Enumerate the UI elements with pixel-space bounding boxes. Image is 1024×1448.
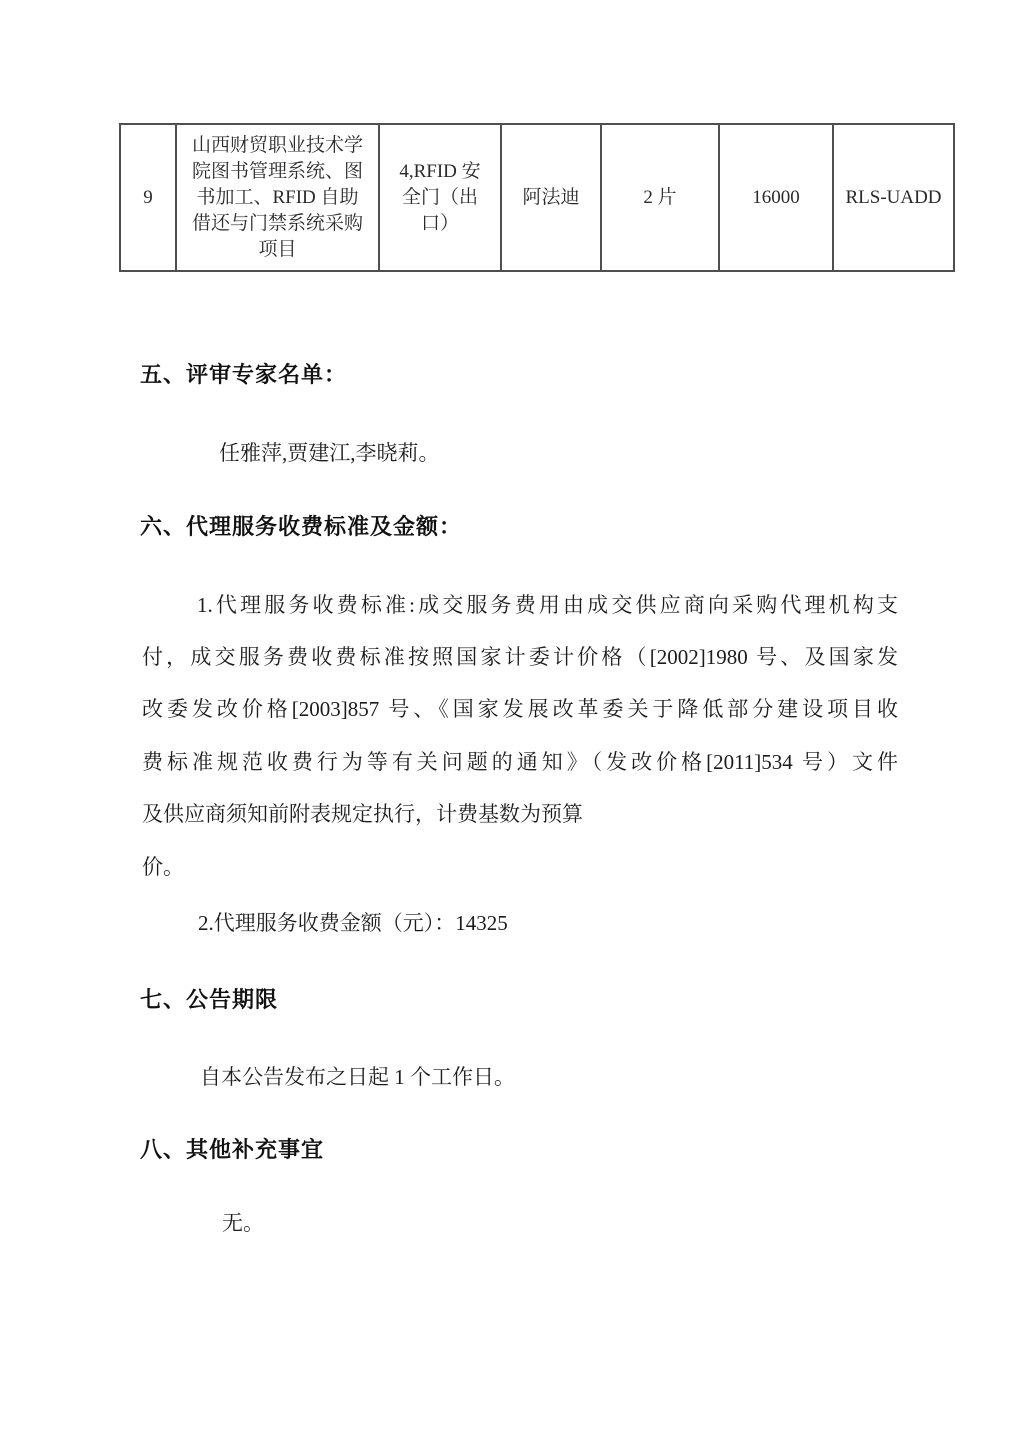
fee-standard-line-2: 付，成交服务费收费标准按照国家计委计价格（[2002]1980 号、及国家发 — [142, 642, 898, 672]
award-result-table: 9 山西财贸职业技术学院图书管理系统、图书加工、RFID 自助借还与门禁系统采购… — [119, 123, 955, 272]
fee-standard-line-4: 费标准规范收费行为等有关问题的通知》（发改价格[2011]534 号）文件 — [142, 747, 898, 777]
cell-quantity: 2 片 — [601, 124, 719, 271]
cell-price: 16000 — [719, 124, 833, 271]
project-name-text: 山西财贸职业技术学院图书管理系统、图书加工、RFID 自助借还与门禁系统采购项目 — [190, 133, 366, 263]
cell-project-name: 山西财贸职业技术学院图书管理系统、图书加工、RFID 自助借还与门禁系统采购项目 — [176, 124, 379, 271]
fee-amount-line: 2.代理服务收费金额（元）：14325 — [198, 908, 508, 938]
section-seven-heading: 七、公告期限 — [140, 985, 278, 1015]
item-text: 4,RFID 安全门（出口） — [394, 159, 486, 237]
section-eight-heading: 八、其他补充事宜 — [140, 1135, 324, 1165]
cell-item: 4,RFID 安全门（出口） — [379, 124, 501, 271]
fee-standard-line-6: 价。 — [142, 852, 898, 882]
section-five-heading: 五、评审专家名单： — [140, 360, 347, 390]
section-six-heading: 六、代理服务收费标准及金额： — [140, 512, 462, 542]
fee-standard-line-5: 及供应商须知前附表规定执行，计费基数为预算 — [142, 799, 898, 829]
document-page: 9 山西财贸职业技术学院图书管理系统、图书加工、RFID 自助借还与门禁系统采购… — [0, 0, 1024, 1448]
announcement-period-text: 自本公告发布之日起 1 个工作日。 — [200, 1062, 515, 1092]
expert-names: 任雅萍,贾建江,李晓莉。 — [219, 438, 440, 468]
cell-index: 9 — [120, 124, 176, 271]
fee-standard-line-3: 改委发改价格[2003]857 号、《国家发展改革委关于降低部分建设项目收 — [142, 694, 898, 724]
cell-model: RLS-UADD — [833, 124, 954, 271]
table-row: 9 山西财贸职业技术学院图书管理系统、图书加工、RFID 自助借还与门禁系统采购… — [120, 124, 954, 271]
other-matters-text: 无。 — [222, 1208, 264, 1238]
fee-standard-line-1: 1.代理服务收费标准:成交服务费用由成交供应商向采购代理机构支 — [142, 590, 898, 620]
cell-brand: 阿法迪 — [501, 124, 601, 271]
